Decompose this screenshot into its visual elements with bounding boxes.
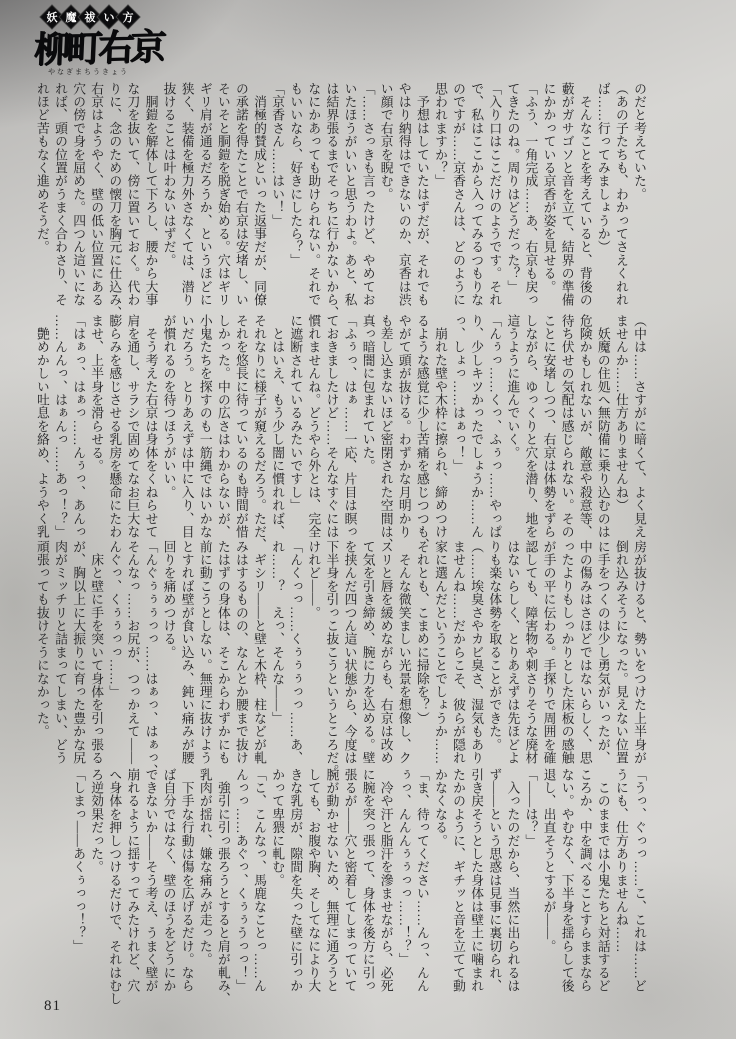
text-column: 藪がガサゴソと音を立て、結界の準備: [558, 82, 576, 322]
text-column: 「ふぅっ、はぁ……一応、片目は瞑っ: [340, 314, 358, 554]
text-column: ませ、上半身を滑らせる。: [87, 314, 105, 554]
text-column: 膨らみを感じさせる乳房を懸命にたわ: [105, 314, 123, 554]
text-column: ったよりもしっかりとした床板の感触: [558, 540, 576, 780]
text-column: 「入り口はここだけのようです。それ: [485, 82, 503, 322]
text-column: 床と壁に手を突いて身体を引っ張る: [87, 540, 105, 780]
text-block-2: （中は……さすがに暗くて、よく見えませんか……仕方ありませんね） 妖魔の住処へ無…: [40, 314, 648, 554]
text-column: に腕を突っ張って、身体を後方に引っ: [359, 768, 377, 1008]
text-column: ば……行ってみましょうか）: [594, 82, 612, 322]
text-column: ギリ肩が通るだろうか、というほどに: [196, 82, 214, 322]
text-column: ことに安堵しつつ、右京は体勢をずら: [539, 314, 557, 554]
text-column: それとも、こまめに掃除を？）: [413, 540, 431, 780]
text-column: れほど苦もなく進めそうだ。: [33, 82, 51, 322]
text-column: そいそと胴鎧を脱ぎ始める。穴はギリ: [214, 82, 232, 322]
text-column: みはするものの、なんとか腰まで抜け: [232, 540, 250, 780]
text-column: 頑張っても抜けそうになかった。: [33, 540, 51, 780]
text-column: 這うように進んでいく。: [503, 314, 521, 554]
text-column: とすれば壁が食い込み、鈍い痛みが腰: [178, 540, 196, 780]
text-column: れば、頭の位置がうまく合わさり、そ: [51, 82, 69, 322]
text-column: とはいえ、もう少し闇に慣れれば、: [268, 314, 286, 554]
text-column: い顔で右京を睨む。: [377, 82, 395, 322]
text-column: にかかっている京香が姿を見せる。: [539, 82, 557, 322]
text-column: ぅっ、んんんぅぅっっ……！？」: [395, 768, 413, 1008]
text-column: しても、お腹や胸、そしてなにより大: [304, 768, 322, 1008]
text-column: このままでは小鬼たちと対話するど: [594, 768, 612, 1008]
text-column: （……埃臭さやカビ臭さ、湿気もあり: [467, 540, 485, 780]
text-column: しながら、ゆっくりと穴を潜り、地を: [521, 314, 539, 554]
text-column: に手をつくのは少し勇気がいったが、: [594, 540, 612, 780]
text-column: ば自分ではなく、壁のほうをどうにか: [159, 768, 177, 1008]
text-column: りも楽な体勢を取ることができた。: [485, 540, 503, 780]
text-column: 穴の傍で身を屈めた。四つん這いにな: [69, 82, 87, 322]
text-column: 危険かもしれないが、敵意や殺意等、: [576, 314, 594, 554]
diamond-banner-char: 方: [117, 6, 139, 28]
text-column: 「……さっきも言ったけど、やめてお: [359, 82, 377, 322]
text-column: 「んくっっ……くぅぅぅっっ……あ、: [286, 540, 304, 780]
series-subtitle-banner: 妖魔祓い方: [44, 6, 184, 28]
text-column: いたほうがいいと思うわよ。あと、私: [340, 82, 358, 322]
text-column: 艶めかしい吐息を絡め、ようやく乳: [33, 314, 51, 554]
text-column: 冷や汗と脂汗を滲ませながら、必死: [377, 768, 395, 1008]
text-column: 乳肉が揺れ、嫌な痛みが走った。: [196, 768, 214, 1008]
series-logo: 妖魔祓い方 柳町右京 やなぎまちうきょう: [34, 6, 184, 77]
text-column: 慣れませんね。どうやら外とは、完全: [304, 314, 322, 554]
text-column: て気を引き締め、腕に力を込める。壁: [359, 540, 377, 780]
text-column: 小鬼たちを探すのも一筋縄ではいかな: [196, 314, 214, 554]
text-column: 前に動こうとしない。無理に抜けよう: [196, 540, 214, 780]
text-column: っ、しょっ……はぁっ！」: [449, 314, 467, 554]
text-column: 「んぐぅぅぅっっ……はぁっ、はぁっ、: [141, 540, 159, 780]
text-column: 狭く、装備を極力外さなくては、潜り: [178, 82, 196, 322]
text-column: んぐっ、くぅぅっっ……」: [105, 540, 123, 780]
text-column: なにかあっても助けられない。それで: [304, 82, 322, 322]
text-column: ころか、中を調べることすらままなら: [576, 768, 594, 1008]
text-column: 下手な行動は傷を広げるだけ。なら: [178, 768, 196, 1008]
text-column: ……んんっ、はぁんっ……あっ！？」: [51, 314, 69, 554]
text-column: 「――は？」: [521, 768, 539, 1008]
text-column: いだろう。とりあえずは中に入り、目: [178, 314, 196, 554]
text-column: そんな微笑ましい光景を想像し、ク: [395, 540, 413, 780]
text-column: ず――という思惑は見事に裏切られ、: [485, 768, 503, 1008]
text-column: 退し、出直そうとするが――。: [539, 768, 557, 1008]
text-column: 胴鎧を解体して下ろし、腰から大事: [141, 82, 159, 322]
text-column: やはり納得はできないのか、京香は渋: [395, 82, 413, 322]
text-column: が、胸以上に大振りに育った豊かな尻: [69, 540, 87, 780]
text-column: で、私はここから入ってみるつもりな: [467, 82, 485, 322]
text-column: そんなことを考えていると、背後の: [576, 82, 594, 322]
text-column: かって卑猥に軋む。: [268, 768, 286, 1008]
text-column: それを悠長に待っているのも時間が惜: [232, 314, 250, 554]
text-column: は結界張るまでそっちに行かないから、: [322, 82, 340, 322]
text-column: 消極的賛成といった返事だが、同僚: [250, 82, 268, 322]
text-column: に遮断されているみたいですし」: [286, 314, 304, 554]
text-column: 肉がミッチリと詰まってしまい、どう: [51, 540, 69, 780]
text-block-4: 「うっ、ぐっっ……こ、これは……どうにも、仕方ありませんね…… このままでは小鬼…: [40, 768, 648, 1008]
text-column: たかのように、ギチッと音を立てて動: [449, 768, 467, 1008]
text-column: を挟んだ四つん這い状態から、今度は: [340, 540, 358, 780]
text-column: 「ま、待ってください……んっ、んん: [413, 768, 431, 1008]
text-column: も差し込まないほど密閉された空間は、: [377, 314, 395, 554]
text-column: んっっ……あぐっ、くぅぅうっっ！」: [232, 768, 250, 1008]
text-column: ておきましたけど……そんなすぐには: [322, 314, 340, 554]
text-column: 房が抜けると、勢いをつけた上半身が: [630, 540, 648, 780]
text-column: な刀を抜いて、傍に置いておく。代わ: [123, 82, 141, 322]
text-column: れ……？ えっ、そんな――」: [268, 540, 286, 780]
text-column: の承諾を得たことで右京は安堵し、い: [232, 82, 250, 322]
text-column: 「ふう、一角完成……あ、右京も戻っ: [521, 82, 539, 322]
text-column: 強引に引っ張ろうとすると肩が軋み、: [214, 768, 232, 1008]
series-title: 柳町右京: [33, 28, 185, 68]
text-column: 待ち伏せの気配は感じられない。その: [558, 314, 576, 554]
text-column: てきたのね。周りはどうだった？」: [503, 82, 521, 322]
text-column: やがて頭が抜ける。わずかな月明かり: [395, 314, 413, 554]
text-column: （中は……さすがに暗くて、よく見え: [630, 314, 648, 554]
text-column: 回りを痛めつける。: [159, 540, 177, 780]
page-number: 81: [44, 998, 61, 1015]
text-column: 家に選んだということでしょうか……: [431, 540, 449, 780]
text-column: 入ったのだから、当然に出られるは: [503, 768, 521, 1008]
text-column: 倒れ込みそうになった。見えない位置: [612, 540, 630, 780]
text-column: 「んぅっ……くっ、ふぅっ……やっぱ: [485, 314, 503, 554]
text-column: が慣れるのを待つほうがいい。: [159, 314, 177, 554]
text-column: のだと考えていた。: [630, 82, 648, 322]
text-column: そんなっ……お尻が、つっかえて――: [123, 540, 141, 780]
text-column: ろ逆効果だった。: [87, 768, 105, 1008]
text-column: 崩れた壁や木枠に擦られ、締めつけ: [431, 314, 449, 554]
text-column: 右京はようやく、壁の低い位置にある: [87, 82, 105, 322]
text-column: 肩を通し、サラシで固めてなお巨大な: [123, 314, 141, 554]
text-column: できないか――そう考え、うまく壁が: [141, 768, 159, 1008]
text-column: 張るが――穴と密着してしまっていて: [340, 768, 358, 1008]
text-block-1: のだと考えていた。（あの子たちも、わかってさえくれれば……行ってみましょうか） …: [40, 82, 648, 322]
text-column: 下半身を引っこ抜こうというところだ。: [322, 540, 340, 780]
text-column: が手の平に伝わる。手探りで周囲を確: [539, 540, 557, 780]
text-column: へ身体を押しつけるだけで、それはむし: [105, 768, 123, 1008]
text-column: 「はぁっ、はぁっ……んぅっ、あんっ: [69, 314, 87, 554]
text-column: 「こ、こんなっ、馬鹿なことっ……ん: [250, 768, 268, 1008]
text-column: かなくなる。: [431, 768, 449, 1008]
text-column: ませんね……だからこそ、彼らが隠れ: [449, 540, 467, 780]
text-column: 崩れるように揺すってみたけれど、穴: [123, 768, 141, 1008]
text-column: スリと唇を緩めながらも、右京は改め: [377, 540, 395, 780]
text-column: きな乳房が、隙間を失った壁に引っか: [286, 768, 304, 1008]
text-column: ギシリ――と壁と木枠、柱などが軋: [250, 540, 268, 780]
text-column: 「しまっ――あくぅっっ！？」: [69, 768, 87, 1008]
text-column: そう考えた右京は身体をくねらせて: [141, 314, 159, 554]
text-column: しかった。中の広さはわからないが、: [214, 314, 232, 554]
text-column: けれど――。: [304, 540, 322, 780]
text-column: 腕が動かせないため、無理に通ろうと: [322, 768, 340, 1008]
text-column: 予想はしていたはずだが、それでも: [413, 82, 431, 322]
text-column: り、少しキツかったでしょうか……ん: [467, 314, 485, 554]
text-column: ない。やむなく、下半身を揺らして後: [558, 768, 576, 1008]
text-column: はないらしく、とりあえずは先ほどよ: [503, 540, 521, 780]
text-column: うにも、仕方ありませんね……: [612, 768, 630, 1008]
text-column: 真っ暗闇に包まれていた。: [359, 314, 377, 554]
text-block-3: 房が抜けると、勢いをつけた上半身が倒れ込みそうになった。見えない位置に手をつくの…: [40, 540, 648, 780]
text-column: ませんか……仕方ありませんね）: [612, 314, 630, 554]
text-column: 中の傷みはさほどではないらしく、思: [576, 540, 594, 780]
text-column: 「うっ、ぐっっ……こ、これは……ど: [630, 768, 648, 1008]
text-column: たはずの身体は、そこからわずかにも: [214, 540, 232, 780]
text-column: もいいなら、好きにしたら？」: [286, 82, 304, 322]
text-column: それなりに様子が窺えるだろう。ただ、: [250, 314, 268, 554]
book-page: 妖魔祓い方 柳町右京 やなぎまちうきょう のだと考えていた。（あの子たちも、わか…: [0, 0, 736, 1039]
text-column: 「京香さん……はい！」: [268, 82, 286, 322]
text-column: 妖魔の住処へ無防備に乗り込むのは: [594, 314, 612, 554]
text-column: りに、念のための懐刀を胸元に仕込み、: [105, 82, 123, 322]
text-column: 認しても、障害物や刺さりそうな廃材: [521, 540, 539, 780]
text-column: 抜けることは叶わないはずだ。: [159, 82, 177, 322]
text-column: のですが……京香さんは、どのように: [449, 82, 467, 322]
text-column: 思われますか？」: [431, 82, 449, 322]
text-column: （あの子たちも、わかってさえくれれ: [612, 82, 630, 322]
text-column: るような感覚に少し苦痛を感じつつも、: [413, 314, 431, 554]
text-column: 引き戻そうとした身体は壁土に噛まれ: [467, 768, 485, 1008]
